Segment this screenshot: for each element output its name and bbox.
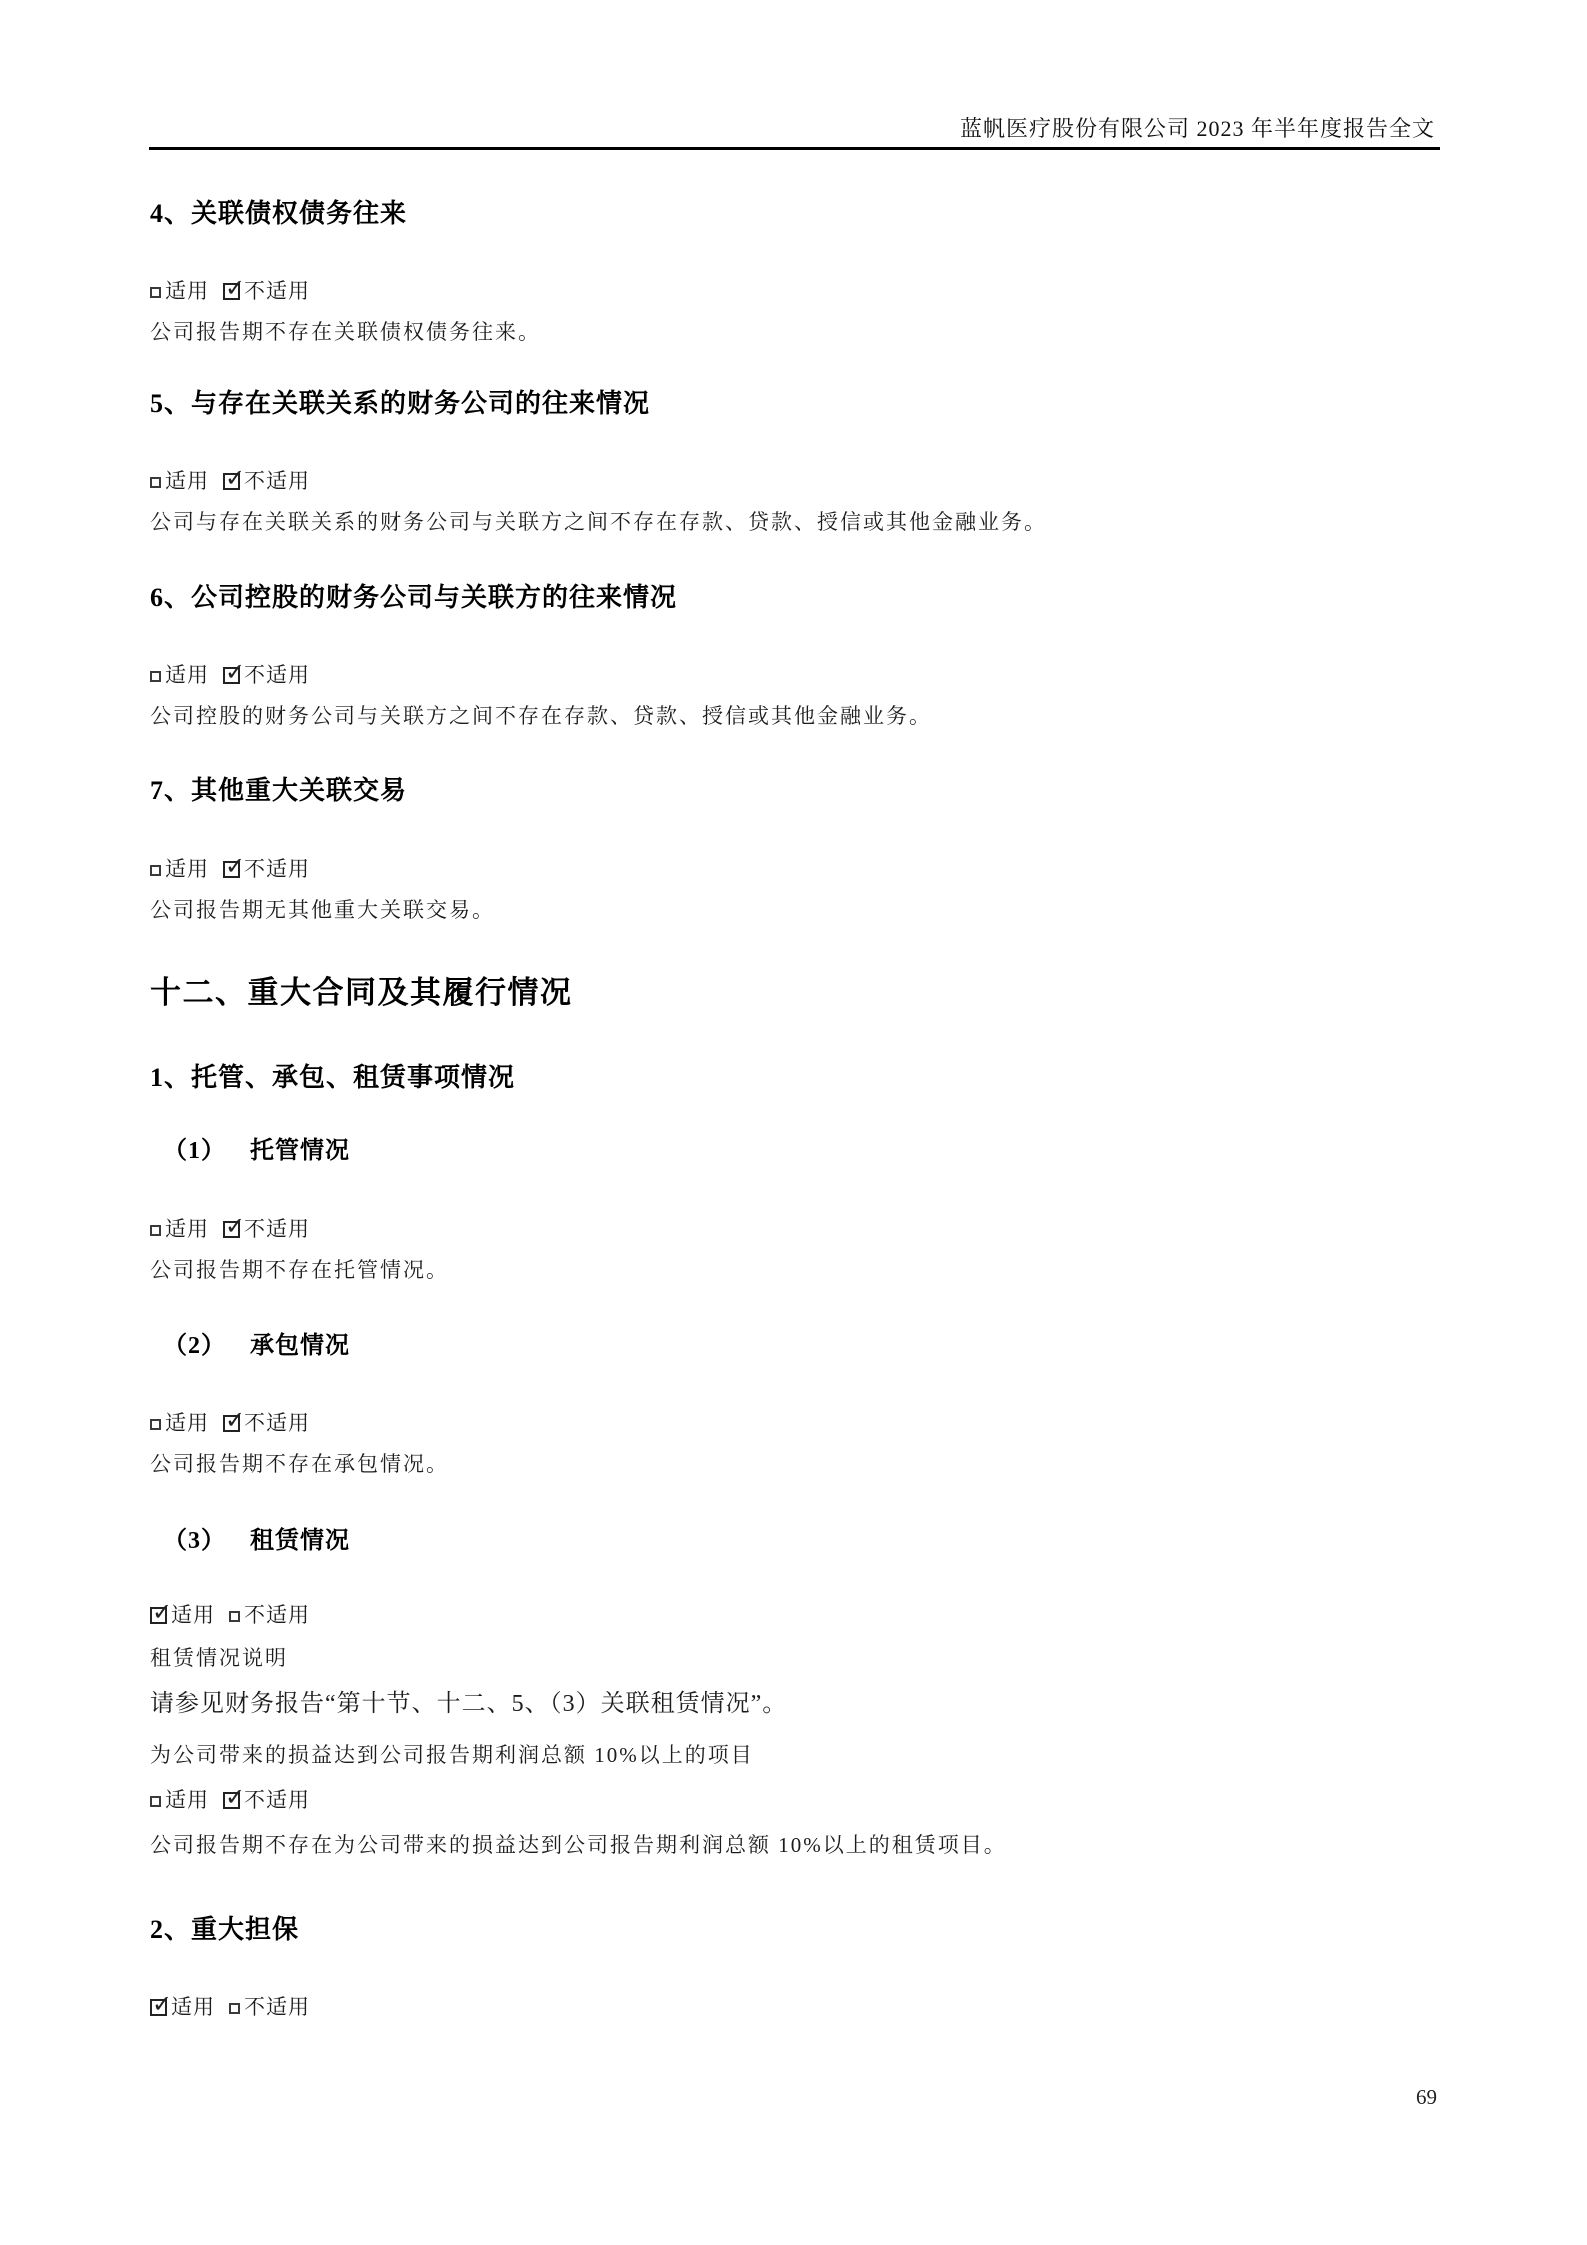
- subsection-title: 托管情况: [250, 1138, 350, 1164]
- subsection-1-heading: （1）托管情况: [163, 1138, 350, 1164]
- checked-checkbox-icon: [150, 1607, 167, 1624]
- unchecked-checkbox-icon: [150, 287, 161, 298]
- unchecked-checkbox-icon: [150, 1419, 161, 1430]
- applicable-label: 适用: [165, 857, 209, 881]
- applicable-label: 适用: [165, 1411, 209, 1435]
- not-applicable-label: 不适用: [244, 663, 310, 687]
- subsection-number: （2）: [163, 1333, 226, 1359]
- checked-checkbox-icon: [223, 1221, 240, 1238]
- section-12-1-heading: 1、托管、承包、租赁事项情况: [150, 1064, 515, 1093]
- section-6-heading: 6、公司控股的财务公司与关联方的往来情况: [150, 584, 677, 613]
- applicability-row-section-6: 适用不适用: [150, 663, 310, 688]
- checked-checkbox-icon: [223, 283, 240, 300]
- unchecked-checkbox-icon: [150, 1796, 161, 1807]
- checked-checkbox-icon: [150, 1999, 167, 2016]
- not-applicable-label: 不适用: [244, 1788, 310, 1812]
- applicability-row-guarantee: 适用不适用: [150, 1995, 310, 2020]
- section-5-body: 公司与存在关联关系的财务公司与关联方之间不存在存款、贷款、授信或其他金融业务。: [150, 510, 1047, 535]
- subsection-number: （1）: [163, 1138, 226, 1164]
- not-applicable-label: 不适用: [244, 1217, 310, 1241]
- not-applicable-label: 不适用: [244, 279, 310, 303]
- applicability-row-contracting: 适用不适用: [150, 1411, 310, 1436]
- not-applicable-label: 不适用: [244, 1411, 310, 1435]
- applicable-label: 适用: [165, 1217, 209, 1241]
- applicable-label: 适用: [165, 663, 209, 687]
- subsection-3-heading: （3）租赁情况: [163, 1528, 350, 1554]
- section-4-heading: 4、关联债权债务往来: [150, 200, 407, 229]
- leasing-profit-body: 公司报告期不存在为公司带来的损益达到公司报告期利润总额 10%以上的租赁项目。: [150, 1833, 1007, 1858]
- page-header-title: 蓝帆医疗股份有限公司 2023 年半年度报告全文: [960, 112, 1435, 143]
- not-applicable-label: 不适用: [244, 1603, 310, 1627]
- section-7-heading: 7、其他重大关联交易: [150, 777, 407, 806]
- checked-checkbox-icon: [223, 667, 240, 684]
- leasing-note-label: 租赁情况说明: [150, 1646, 288, 1671]
- unchecked-checkbox-icon: [229, 2003, 240, 2014]
- report-page: 蓝帆医疗股份有限公司 2023 年半年度报告全文 4、关联债权债务往来 适用不适…: [0, 0, 1587, 2245]
- leasing-reference: 请参见财务报告“第十节、十二、5、（3）关联租赁情况”。: [150, 1690, 787, 1719]
- applicable-label: 适用: [165, 469, 209, 493]
- checked-checkbox-icon: [223, 861, 240, 878]
- applicability-row-section-7: 适用不适用: [150, 857, 310, 882]
- section-6-body: 公司控股的财务公司与关联方之间不存在存款、贷款、授信或其他金融业务。: [150, 704, 932, 729]
- unchecked-checkbox-icon: [150, 477, 161, 488]
- not-applicable-label: 不适用: [244, 857, 310, 881]
- subsection-2-heading: （2）承包情况: [163, 1333, 350, 1359]
- unchecked-checkbox-icon: [229, 1611, 240, 1622]
- section-4-body: 公司报告期不存在关联债权债务往来。: [150, 320, 541, 345]
- unchecked-checkbox-icon: [150, 671, 161, 682]
- unchecked-checkbox-icon: [150, 865, 161, 876]
- leasing-profit-line: 为公司带来的损益达到公司报告期利润总额 10%以上的项目: [150, 1743, 754, 1768]
- section-12-2-heading: 2、重大担保: [150, 1916, 299, 1945]
- unchecked-checkbox-icon: [150, 1225, 161, 1236]
- section-5-heading: 5、与存在关联关系的财务公司的往来情况: [150, 390, 650, 419]
- applicability-row-leasing-profit: 适用不适用: [150, 1788, 310, 1813]
- applicable-label: 适用: [171, 1995, 215, 2019]
- applicable-label: 适用: [171, 1603, 215, 1627]
- page-number: 69: [1416, 2085, 1437, 2110]
- custody-body: 公司报告期不存在托管情况。: [150, 1258, 449, 1283]
- header-divider: [149, 147, 1440, 150]
- checked-checkbox-icon: [223, 1415, 240, 1432]
- subsection-number: （3）: [163, 1528, 226, 1554]
- applicability-row-leasing: 适用不适用: [150, 1603, 310, 1628]
- applicable-label: 适用: [165, 279, 209, 303]
- checked-checkbox-icon: [223, 473, 240, 490]
- contracting-body: 公司报告期不存在承包情况。: [150, 1452, 449, 1477]
- chapter-12-heading: 十二、重大合同及其履行情况: [150, 976, 573, 1010]
- not-applicable-label: 不适用: [244, 469, 310, 493]
- applicability-row-custody: 适用不适用: [150, 1217, 310, 1242]
- subsection-title: 承包情况: [250, 1333, 350, 1359]
- subsection-title: 租赁情况: [250, 1528, 350, 1554]
- not-applicable-label: 不适用: [244, 1995, 310, 2019]
- applicable-label: 适用: [165, 1788, 209, 1812]
- section-7-body: 公司报告期无其他重大关联交易。: [150, 898, 495, 923]
- applicability-row-section-4: 适用不适用: [150, 279, 310, 304]
- checked-checkbox-icon: [223, 1792, 240, 1809]
- applicability-row-section-5: 适用不适用: [150, 469, 310, 494]
